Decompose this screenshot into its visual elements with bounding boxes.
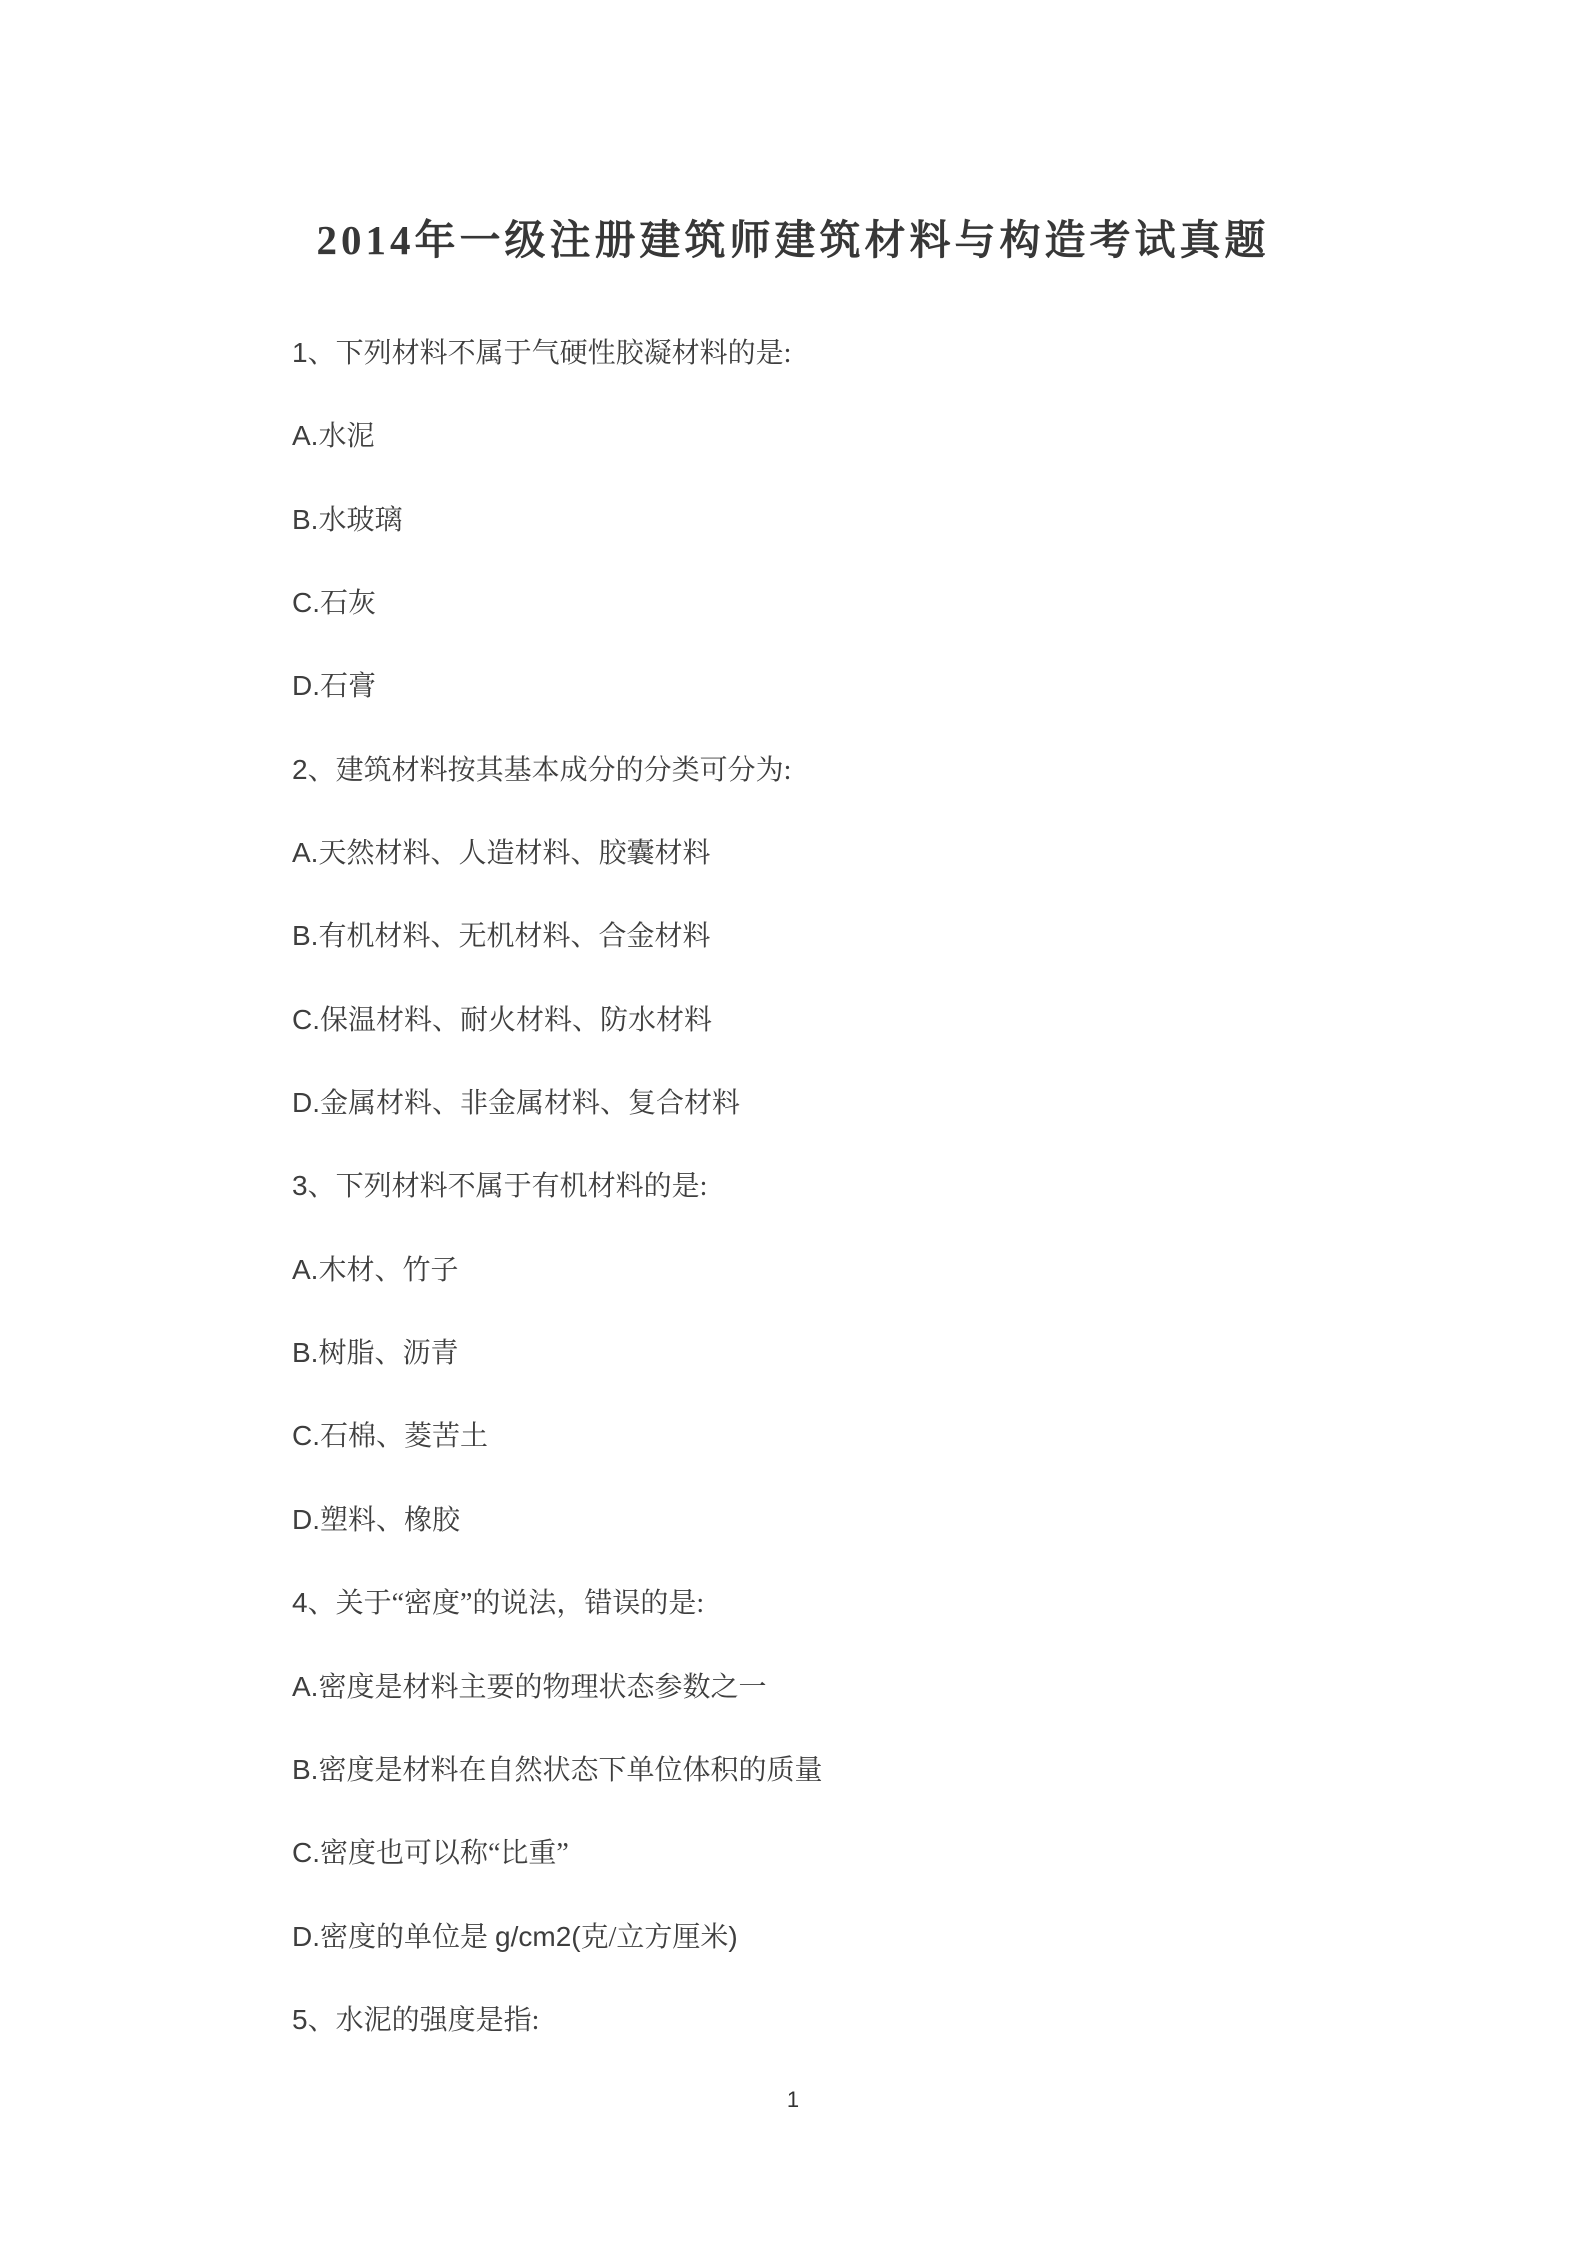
option-label: C. xyxy=(292,1837,320,1868)
option-text: 塑料、橡胶 xyxy=(320,1505,460,1536)
option-unit-cjk: 克/立方厘米 xyxy=(581,1922,729,1953)
option-text: 密度是材料在自然状态下单位体积的质量 xyxy=(318,1755,822,1786)
question-4-option-d: D.密度的单位是 g/cm2(克/立方厘米) xyxy=(292,1895,1486,1978)
option-text: 木材、竹子 xyxy=(318,1255,458,1286)
question-4-stem-text: 、关于“密度”的说法，错误的是: xyxy=(308,1588,705,1619)
question-3-stem: 3、下列材料不属于有机材料的是: xyxy=(292,1144,1486,1227)
question-5-stem: 5、水泥的强度是指: xyxy=(292,1978,1486,2061)
question-2-option-b: B.有机材料、无机材料、合金材料 xyxy=(292,894,1486,977)
option-unit-close: ) xyxy=(728,1921,737,1952)
option-text: 密度的单位是 xyxy=(320,1922,495,1953)
option-text: 天然材料、人造材料、胶囊材料 xyxy=(318,838,710,869)
question-1-stem-text: 、下列材料不属于气硬性胶凝材料的是: xyxy=(308,338,792,369)
option-text: 保温材料、耐火材料、防水材料 xyxy=(320,1005,712,1036)
option-label: D. xyxy=(292,1504,320,1535)
question-3-option-b: B.树脂、沥青 xyxy=(292,1311,1486,1394)
option-label: A. xyxy=(292,837,318,868)
question-2-option-c: C.保温材料、耐火材料、防水材料 xyxy=(292,978,1486,1061)
option-text: 水泥 xyxy=(318,421,374,452)
question-4-option-b: B.密度是材料在自然状态下单位体积的质量 xyxy=(292,1728,1486,1811)
question-2-stem-text: 、建筑材料按其基本成分的分类可分为: xyxy=(308,755,792,786)
question-1-number: 1 xyxy=(292,337,308,368)
question-3-option-c: C.石棉、菱苦土 xyxy=(292,1394,1486,1477)
option-label: C. xyxy=(292,1004,320,1035)
option-label: A. xyxy=(292,420,318,451)
question-4-stem: 4、关于“密度”的说法，错误的是: xyxy=(292,1561,1486,1644)
option-text: 石膏 xyxy=(320,671,376,702)
option-label: A. xyxy=(292,1671,318,1702)
option-label: D. xyxy=(292,1087,320,1118)
option-label: B. xyxy=(292,1754,318,1785)
option-unit-text: g/cm2( xyxy=(495,1921,581,1952)
option-text: 有机材料、无机材料、合金材料 xyxy=(318,921,710,952)
question-1-option-c: C.石灰 xyxy=(292,561,1486,644)
question-2-stem: 2、建筑材料按其基本成分的分类可分为: xyxy=(292,728,1486,811)
question-1-stem: 1、下列材料不属于气硬性胶凝材料的是: xyxy=(292,311,1486,394)
question-1-option-d: D.石膏 xyxy=(292,644,1486,727)
option-text: 石灰 xyxy=(320,588,376,619)
option-text: 金属材料、非金属材料、复合材料 xyxy=(320,1088,740,1119)
option-text: 密度也可以称“比重” xyxy=(320,1838,569,1869)
question-4-option-a: A.密度是材料主要的物理状态参数之一 xyxy=(292,1645,1486,1728)
question-4-number: 4 xyxy=(292,1587,308,1618)
question-3-number: 3 xyxy=(292,1170,308,1201)
option-text: 树脂、沥青 xyxy=(318,1338,458,1369)
question-4-option-c: C.密度也可以称“比重” xyxy=(292,1811,1486,1894)
question-5-stem-text: 、水泥的强度是指: xyxy=(308,2005,540,2036)
question-5-number: 5 xyxy=(292,2004,308,2035)
page-title: 2014年一级注册建筑师建筑材料与构造考试真题 xyxy=(0,207,1586,266)
option-label: C. xyxy=(292,1420,320,1451)
question-3-stem-text: 、下列材料不属于有机材料的是: xyxy=(308,1171,708,1202)
question-3-option-a: A.木材、竹子 xyxy=(292,1228,1486,1311)
option-label: B. xyxy=(292,504,318,535)
question-2-option-a: A.天然材料、人造材料、胶囊材料 xyxy=(292,811,1486,894)
question-list: 1、下列材料不属于气硬性胶凝材料的是: A.水泥 B.水玻璃 C.石灰 D.石膏… xyxy=(292,311,1486,2061)
page-number: 1 xyxy=(0,2085,1586,2115)
option-label: D. xyxy=(292,670,320,701)
option-label: D. xyxy=(292,1921,320,1952)
option-label: C. xyxy=(292,587,320,618)
option-label: B. xyxy=(292,920,318,951)
question-2-option-d: D.金属材料、非金属材料、复合材料 xyxy=(292,1061,1486,1144)
document-page: 2014年一级注册建筑师建筑材料与构造考试真题 1、下列材料不属于气硬性胶凝材料… xyxy=(0,0,1586,2244)
option-label: A. xyxy=(292,1254,318,1285)
question-1-option-a: A.水泥 xyxy=(292,394,1486,477)
option-text: 密度是材料主要的物理状态参数之一 xyxy=(318,1672,766,1703)
option-text: 水玻璃 xyxy=(318,505,402,536)
question-2-number: 2 xyxy=(292,754,308,785)
question-3-option-d: D.塑料、橡胶 xyxy=(292,1478,1486,1561)
option-text: 石棉、菱苦土 xyxy=(320,1421,488,1452)
question-1-option-b: B.水玻璃 xyxy=(292,478,1486,561)
option-label: B. xyxy=(292,1337,318,1368)
